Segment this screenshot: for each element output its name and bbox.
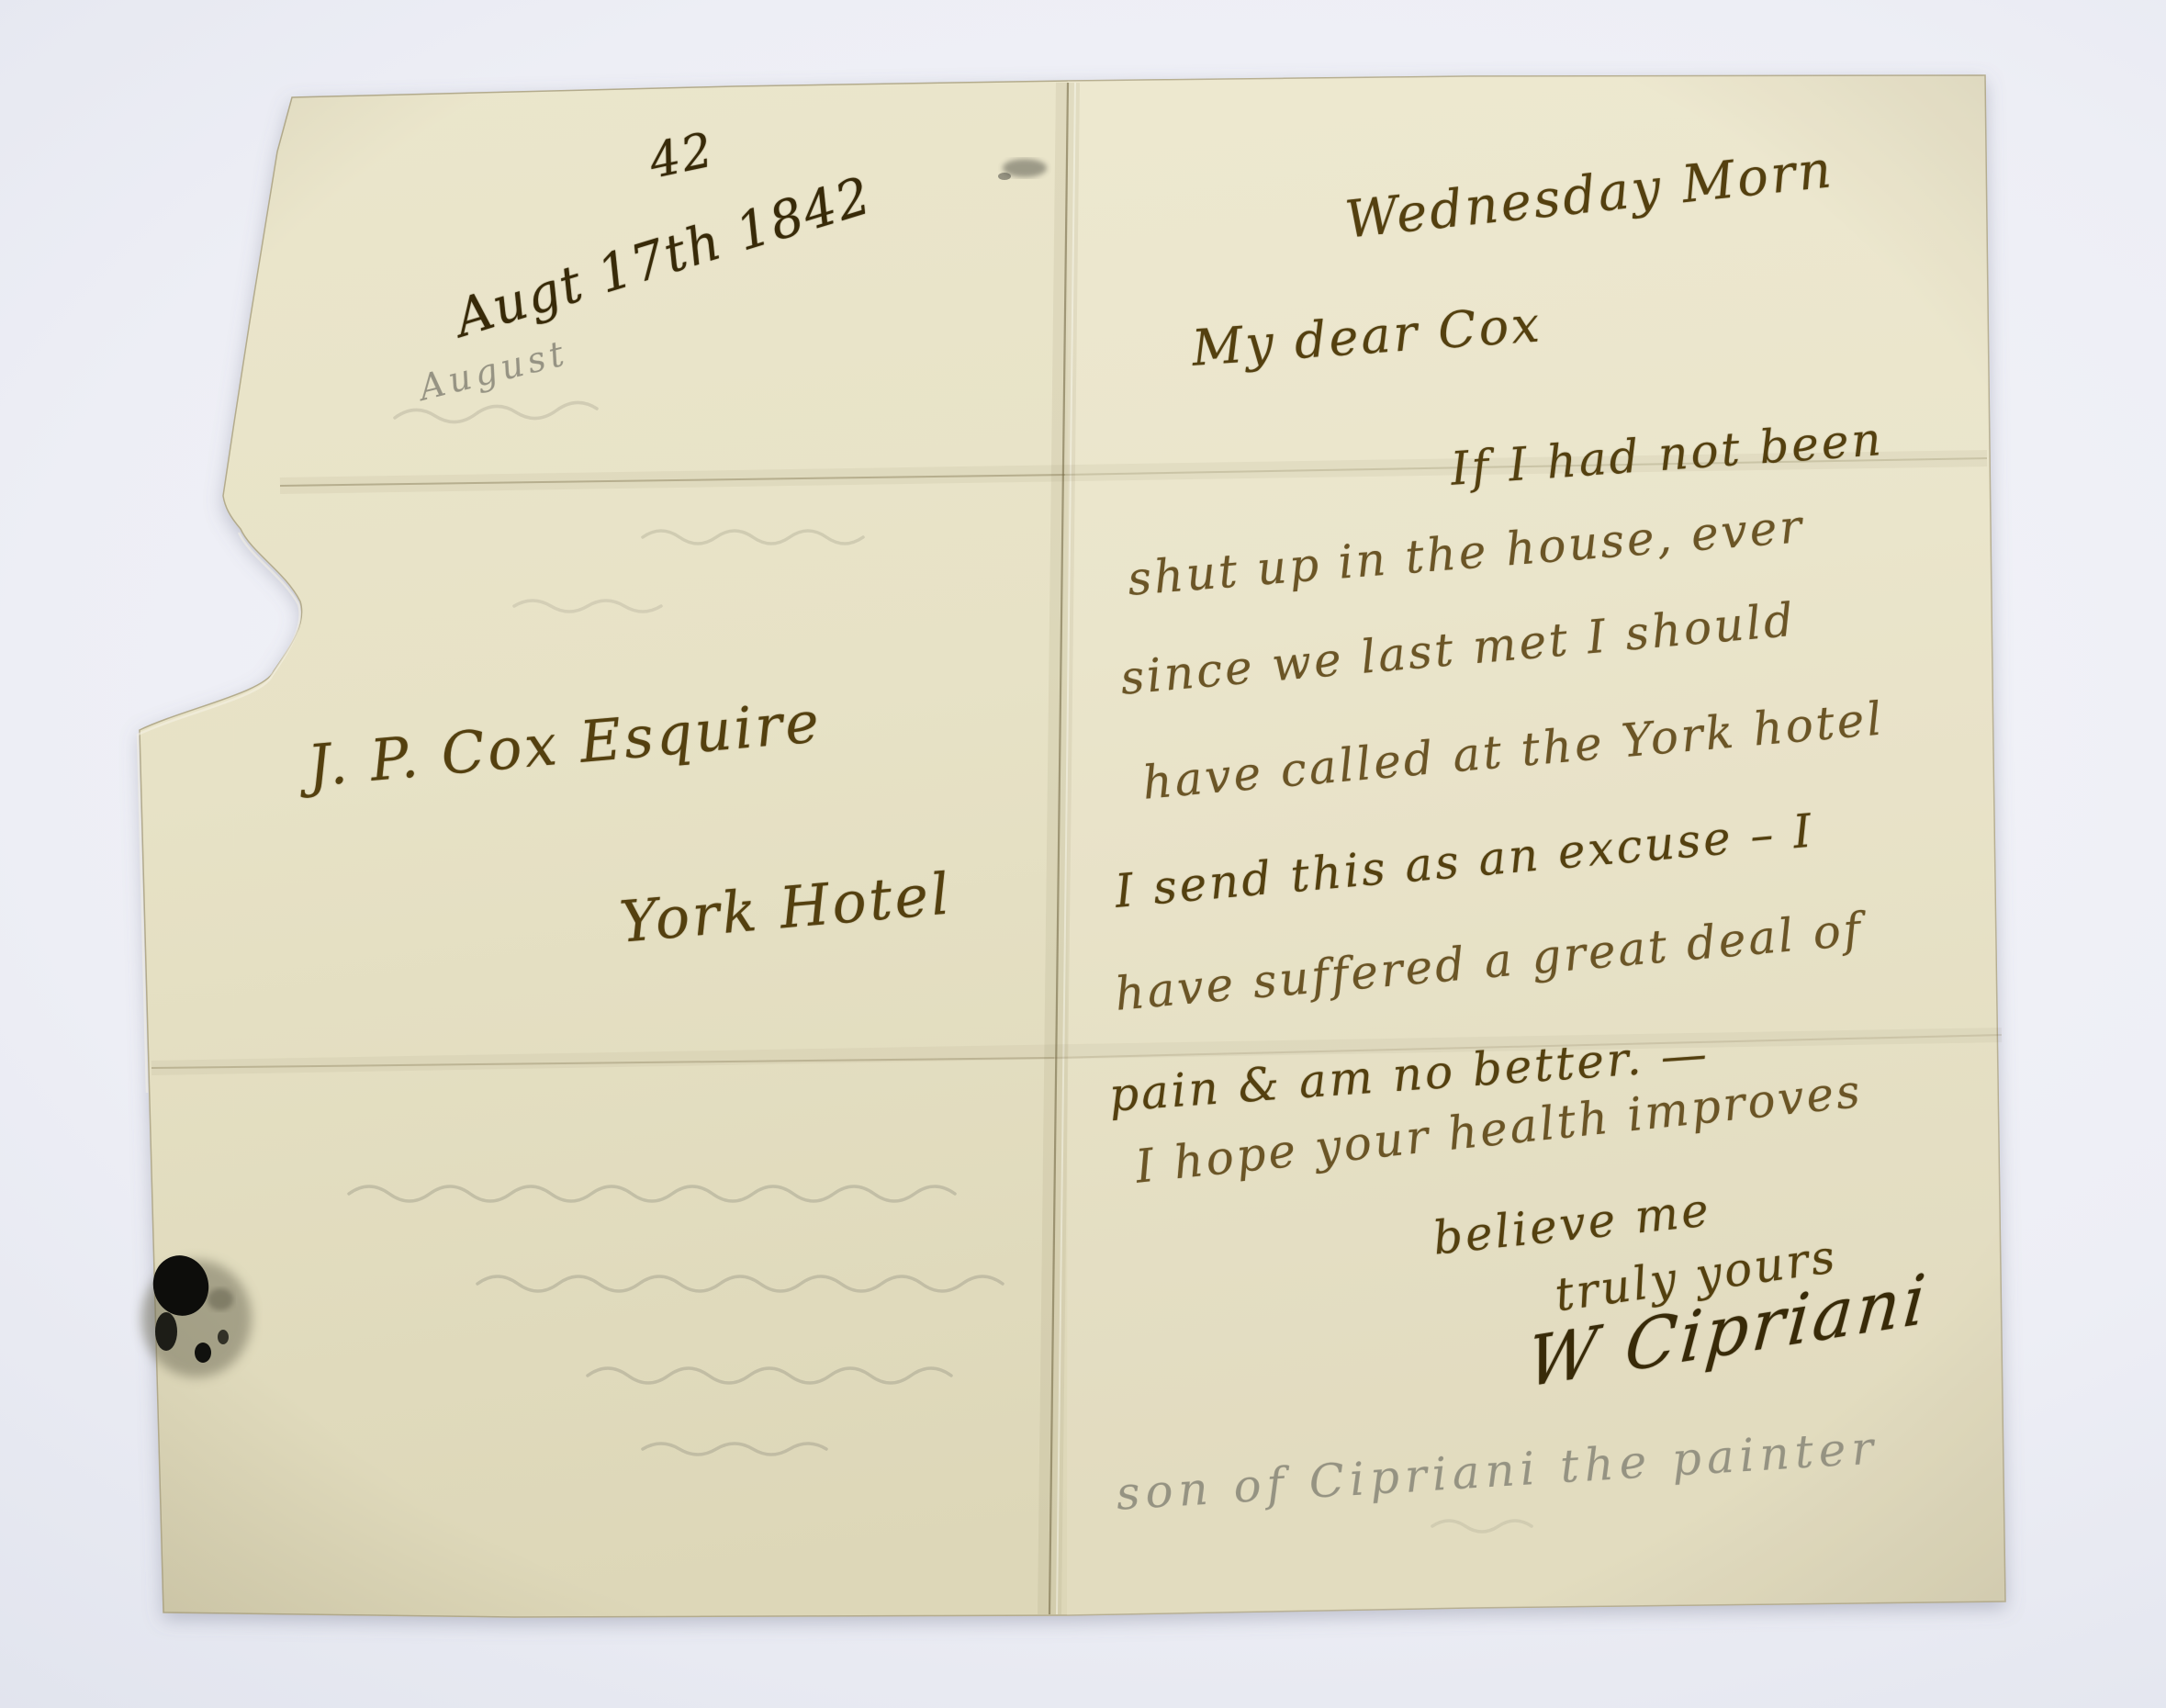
photo-background: 42 Augt 17th 1842 August J. P. Cox Esqui…	[0, 0, 2166, 1708]
